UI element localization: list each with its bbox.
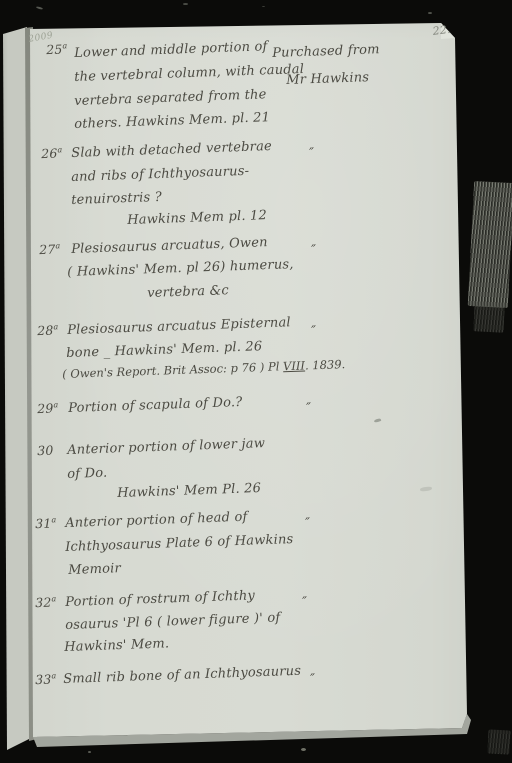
entry-number: 26a xyxy=(41,146,63,161)
entry-number: 31a xyxy=(35,516,57,531)
reference-year: . 1839. xyxy=(305,357,346,372)
entry-number: 27a xyxy=(39,242,61,257)
entry-number: 29a xyxy=(37,401,59,416)
page-number: 22. xyxy=(432,24,451,38)
ditto-mark: ″ xyxy=(305,517,311,531)
entry-line: of Do. xyxy=(67,467,108,483)
background-speck xyxy=(301,748,306,751)
fore-edge-texture xyxy=(468,181,512,308)
entry-number: 30 xyxy=(37,443,54,457)
photographed-ledger: 2009 22. 25a Lower and middle portion of… xyxy=(0,0,512,763)
background-speck xyxy=(262,6,265,7)
entry-number: 32a xyxy=(35,595,57,610)
entry-line: Memoir xyxy=(68,562,121,578)
background-speck xyxy=(36,6,43,10)
entry-number-suffix: a xyxy=(57,145,62,154)
ditto-mark: ″ xyxy=(310,673,316,687)
entry-number-suffix: a xyxy=(55,241,60,250)
entry-number-suffix: a xyxy=(51,515,56,524)
ditto-mark: ″ xyxy=(311,325,317,339)
entry-number-suffix: a xyxy=(53,400,58,409)
reference-plate-number: VIII xyxy=(283,359,305,374)
entry-number-value: 29 xyxy=(37,401,54,417)
entry-number: 25a xyxy=(46,42,68,57)
fore-edge-texture xyxy=(473,305,504,333)
entry-number-value: 27 xyxy=(39,242,56,258)
ditto-mark: ″ xyxy=(302,596,308,610)
entry-number-suffix: a xyxy=(62,41,67,50)
entry-number-value: 28 xyxy=(37,323,54,339)
entry-number-value: 25 xyxy=(46,42,63,58)
fore-edge-texture xyxy=(487,729,510,754)
entry-number-value: 30 xyxy=(37,443,54,459)
background-speck xyxy=(428,12,432,14)
entry-number: 33a xyxy=(35,672,57,687)
ditto-mark: ″ xyxy=(309,147,315,161)
entry-number-suffix: a xyxy=(51,594,56,603)
entry-line: vertebra &c xyxy=(147,284,229,301)
entry-number-value: 33 xyxy=(35,672,52,688)
ditto-mark: ″ xyxy=(306,402,312,416)
entry-number-value: 31 xyxy=(35,516,52,532)
entry-number-suffix: a xyxy=(53,322,58,331)
background-speck xyxy=(88,751,91,753)
acquisition-line: Mr Hawkins xyxy=(286,71,369,88)
entry-number-suffix: a xyxy=(51,671,56,680)
ditto-mark: ″ xyxy=(311,244,317,258)
entry-number-value: 32 xyxy=(35,595,52,611)
entry-number-value: 26 xyxy=(41,146,58,162)
entry-number: 28a xyxy=(37,323,59,338)
background-speck xyxy=(183,3,188,5)
